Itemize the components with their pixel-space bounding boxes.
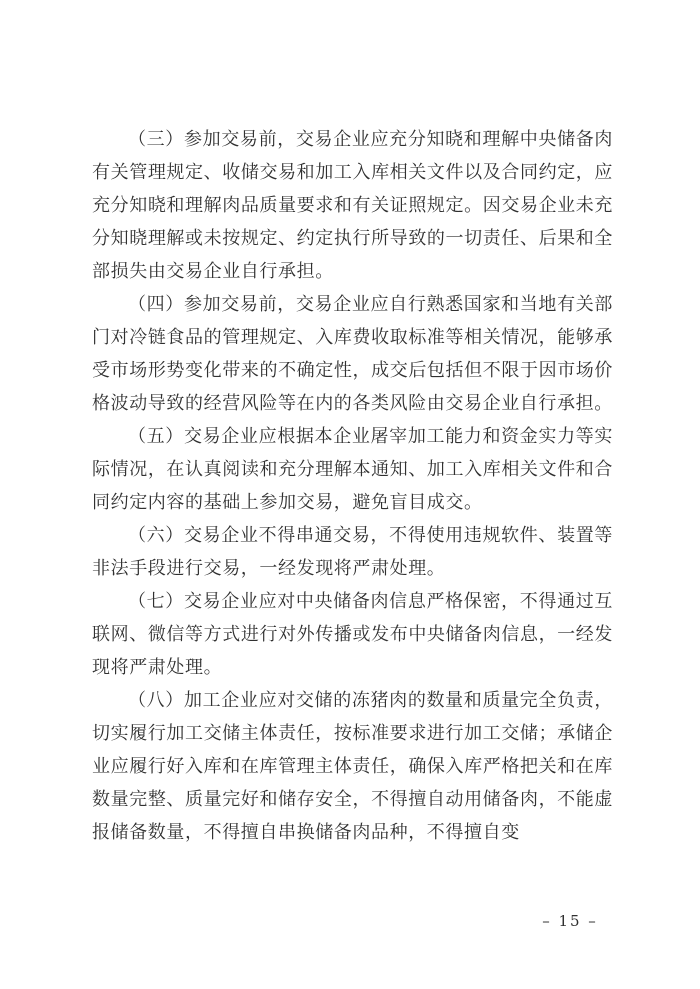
page-number: – 15 –: [540, 912, 600, 930]
paragraph-item-6: （六）交易企业不得串通交易，不得使用违规软件、装置等非法手段进行交易，一经发现将…: [92, 519, 613, 585]
paragraph-item-7: （七）交易企业应对中央储备肉信息严格保密，不得通过互联网、微信等方式进行对外传播…: [92, 585, 613, 684]
paragraph-item-4: （四）参加交易前，交易企业应自行熟悉国家和当地有关部门对冷链食品的管理规定、入库…: [92, 288, 613, 420]
document-body: （三）参加交易前，交易企业应充分知晓和理解中央储备肉有关管理规定、收储交易和加工…: [92, 123, 613, 849]
document-page: （三）参加交易前，交易企业应充分知晓和理解中央储备肉有关管理规定、收储交易和加工…: [0, 0, 700, 989]
paragraph-item-5: （五）交易企业应根据本企业屠宰加工能力和资金实力等实际情况，在认真阅读和充分理解…: [92, 420, 613, 519]
paragraph-item-8: （八）加工企业应对交储的冻猪肉的数量和质量完全负责，切实履行加工交储主体责任，按…: [92, 684, 613, 849]
paragraph-item-3: （三）参加交易前，交易企业应充分知晓和理解中央储备肉有关管理规定、收储交易和加工…: [92, 123, 613, 288]
